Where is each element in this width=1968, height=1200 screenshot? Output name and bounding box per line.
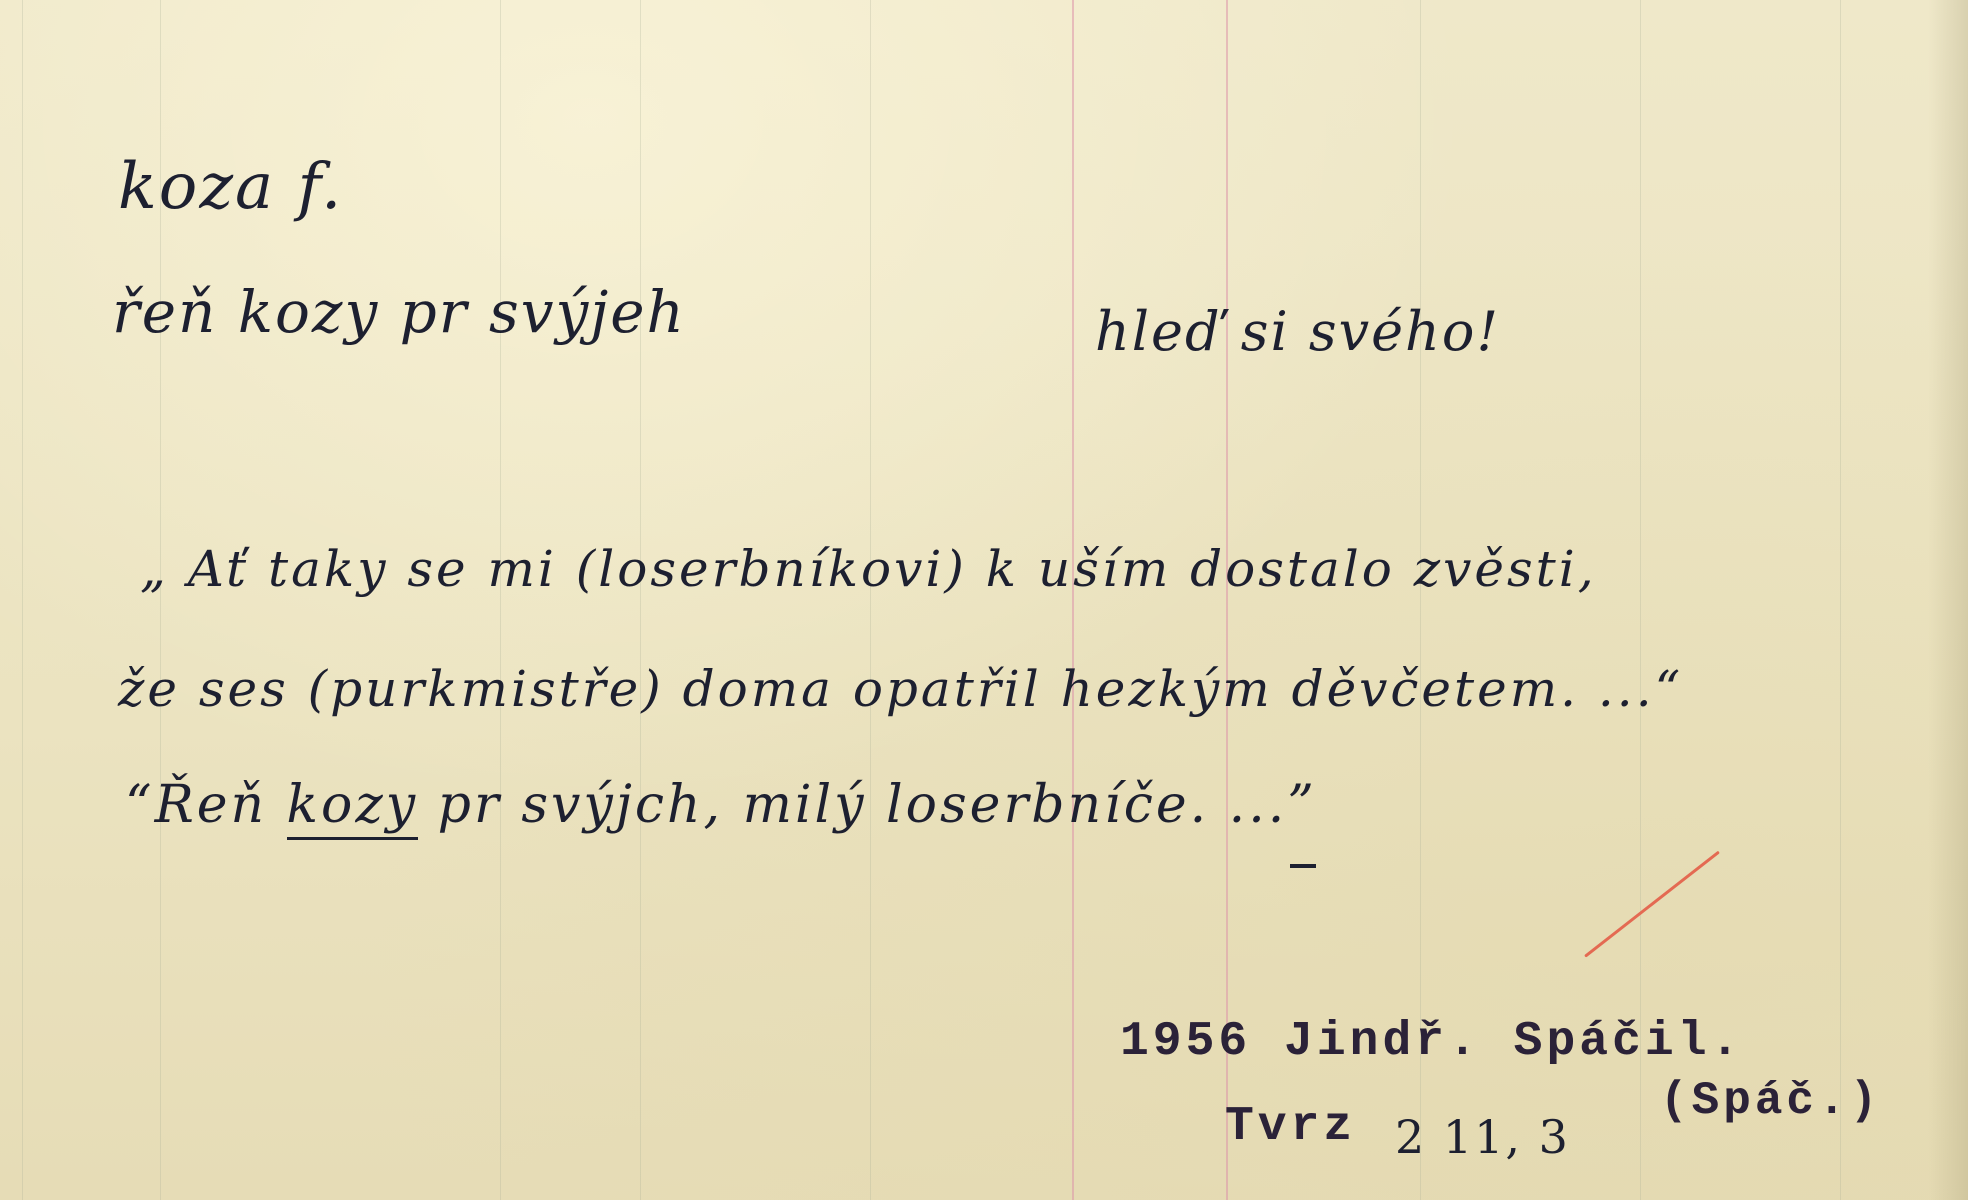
ruled-line: [1840, 0, 1841, 1200]
quote-line-3-end: pr svýjch, milý loserbníče. ...”: [438, 775, 1317, 835]
quote-line-1: „ Ať taky se mi (loserbníkovi) k uším do…: [140, 540, 1597, 598]
underlined-keyword: kozy: [287, 775, 419, 840]
stamp-author: Jindř. Spáčil.: [1284, 1015, 1743, 1069]
idiom-meaning: hleď si svého!: [1095, 300, 1500, 363]
dictionary-index-card: koza f. řeň kozy pr svýjeh hleď si svého…: [0, 0, 1968, 1200]
location-reference: 2 11, 3: [1395, 1110, 1570, 1164]
red-pencil-mark: [1584, 851, 1720, 958]
stamp-line-1: 1956 Jindř. Spáčil.: [1120, 1015, 1743, 1069]
headword: koza f.: [118, 150, 343, 224]
stamp-year: 1956: [1120, 1015, 1251, 1069]
margin-line: [1072, 0, 1074, 1200]
underline-dash: [1290, 864, 1316, 868]
quote-line-3-start: “Řeň: [125, 775, 267, 835]
ruled-line: [22, 0, 23, 1200]
stamp-abbreviation: (Spáč.): [1660, 1075, 1881, 1127]
card-edge-shadow: [1928, 0, 1968, 1200]
ruled-line: [500, 0, 501, 1200]
ruled-line: [870, 0, 871, 1200]
quote-line-2: že ses (purkmistře) doma opatřil hezkým …: [118, 660, 1683, 718]
quote-line-3: “Řeň kozy pr svýjch, milý loserbníče. ..…: [125, 775, 1317, 835]
ruled-line: [640, 0, 641, 1200]
idiom-phrase: řeň kozy pr svýjeh: [112, 278, 686, 346]
stamp-place: Tvrz: [1225, 1100, 1356, 1154]
